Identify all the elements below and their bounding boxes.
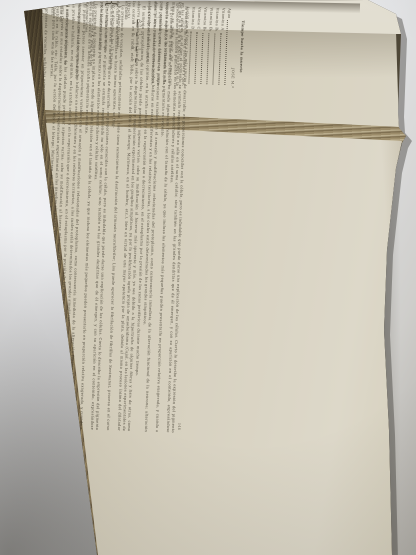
- book-photo: Tiempo hasta la muerte JOSÉ M.ª Agua Vit…: [0, 0, 416, 555]
- table-header: Tiempo hasta la muerte: [237, 5, 246, 89]
